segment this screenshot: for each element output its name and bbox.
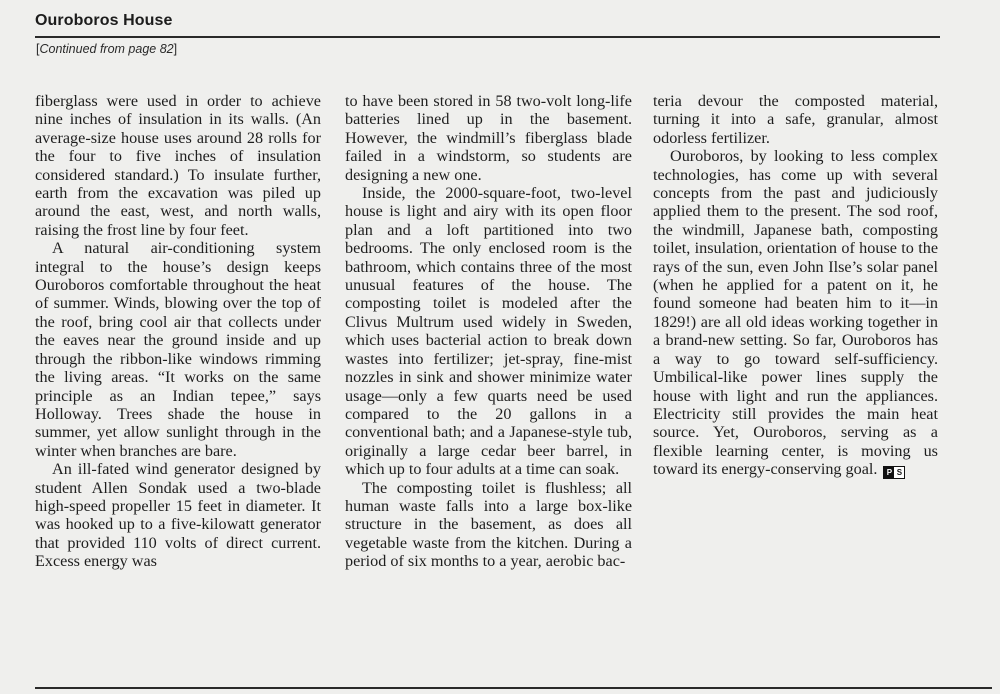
- paragraph: teria devour the composted material, tur…: [653, 92, 938, 147]
- ps-end-mark-icon: PS: [883, 466, 905, 479]
- continued-from-text: Continued from page 82: [39, 42, 173, 56]
- continued-note: [Continued from page 82]: [36, 42, 177, 56]
- paragraph-final: Ouroboros, by looking to less complex te…: [653, 147, 938, 479]
- column-2: to have been stored in 58 two-volt long-…: [345, 92, 632, 571]
- paragraph: fiberglass were used in order to achieve…: [35, 92, 321, 239]
- article-title: Ouroboros House: [35, 12, 173, 30]
- paragraph-text: Ouroboros, by looking to less complex te…: [653, 147, 938, 478]
- paragraph: The composting toilet is flushless; all …: [345, 479, 632, 571]
- paragraph: A natural air-conditioning system integr…: [35, 239, 321, 460]
- bracket-close: ]: [174, 42, 177, 56]
- paragraph: to have been stored in 58 two-volt long-…: [345, 92, 632, 184]
- paragraph: An ill-fated wind generator designed by …: [35, 460, 321, 570]
- header-rule: [35, 36, 940, 38]
- footer-rule: [35, 687, 992, 689]
- column-1: fiberglass were used in order to achieve…: [35, 92, 321, 571]
- paragraph: Inside, the 2000-square-foot, two-level …: [345, 184, 632, 479]
- column-3: teria devour the composted material, tur…: [653, 92, 938, 479]
